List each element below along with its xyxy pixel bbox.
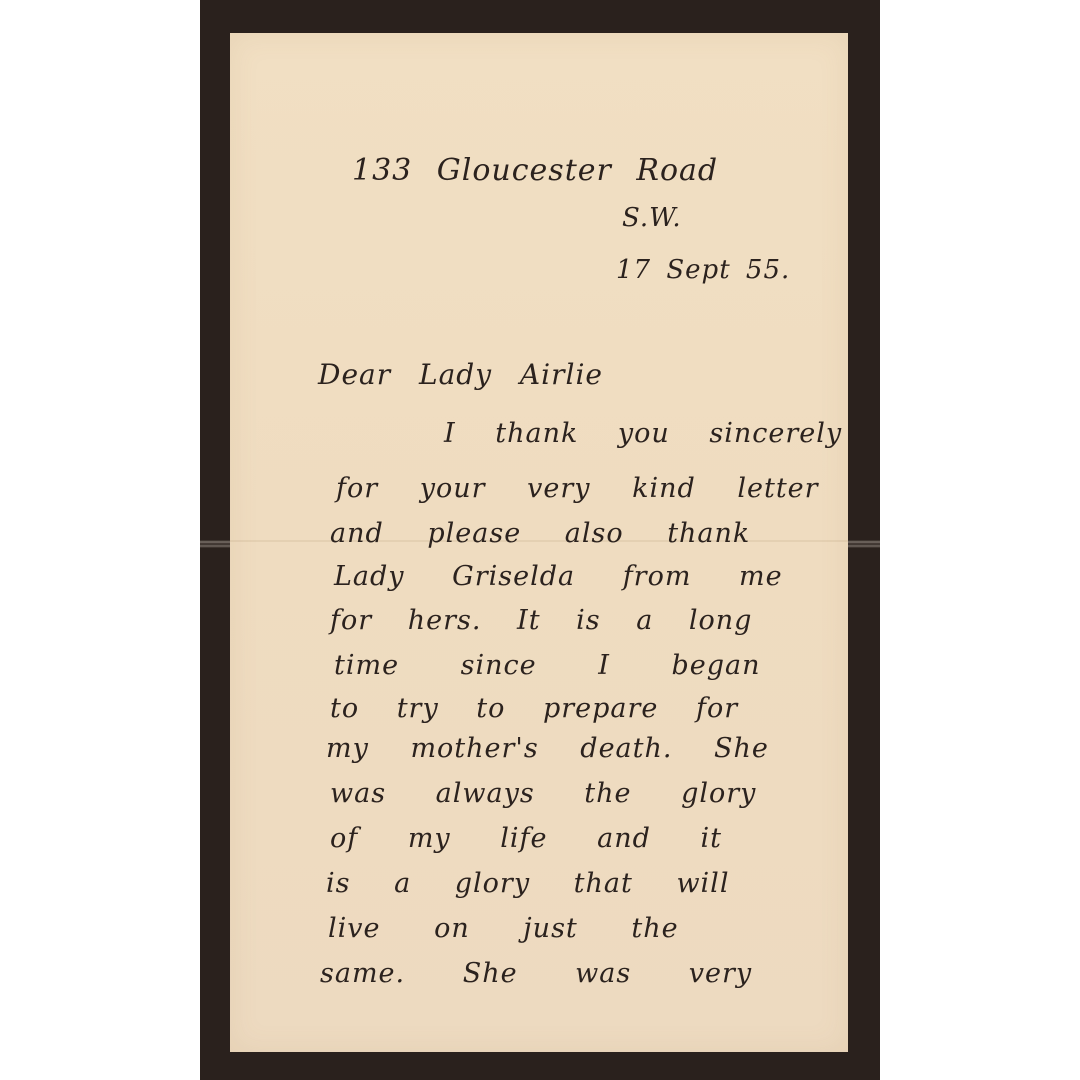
salutation: Dear Lady Airlie — [318, 358, 603, 391]
body-line-4: Lady Griselda from me — [334, 561, 783, 592]
body-line-5: for hers. It is a long — [330, 605, 752, 636]
body-line-9: was always the glory — [330, 778, 756, 809]
letter-paper: 133 Gloucester Road S.W. 17 Sept 55. Dea… — [230, 33, 848, 1052]
body-line-11: is a glory that will — [326, 868, 729, 899]
address-line-2: S.W. — [622, 203, 682, 233]
letter-date: 17 Sept 55. — [616, 255, 790, 285]
body-line-1: I thank you sincerely — [444, 418, 842, 449]
body-line-6: time since I began — [334, 650, 761, 681]
address-line-1: 133 Gloucester Road — [352, 153, 718, 188]
body-line-10: of my life and it — [330, 823, 722, 854]
body-line-2: for your very kind letter — [336, 473, 819, 504]
body-line-12: live on just the — [328, 913, 679, 944]
body-line-3: and please also thank — [330, 518, 750, 549]
body-line-13: same. She was very — [320, 958, 752, 989]
body-line-7: to try to prepare for — [330, 693, 738, 724]
body-line-8: my mother's death. She — [326, 733, 769, 764]
